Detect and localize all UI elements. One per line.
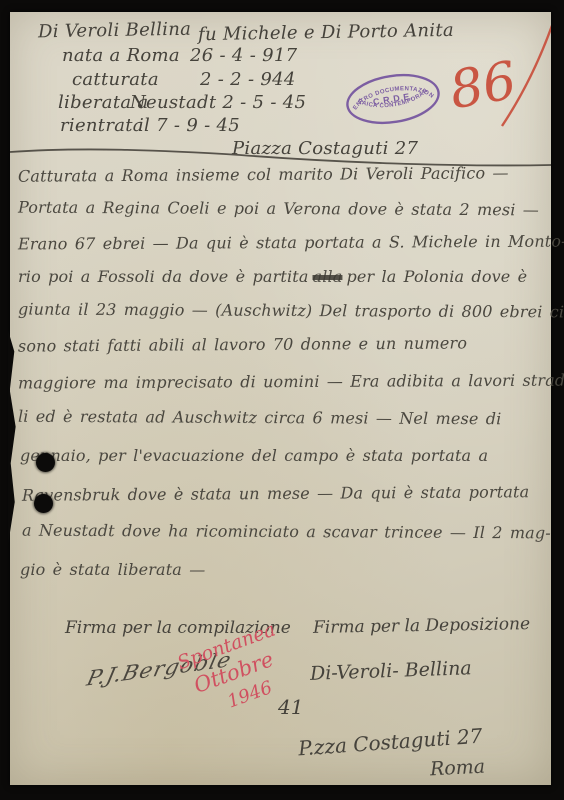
- testimony-line-9: gennaio, per l'evacuazione del campo è s…: [20, 446, 488, 465]
- liberated-value: Neustadt 2 - 5 - 45: [130, 92, 306, 113]
- returned-label: rientrata: [60, 115, 144, 136]
- hole-punch-bottom: [34, 494, 53, 513]
- city-line: Roma: [429, 756, 485, 781]
- victim-parents: fu Michele e Di Porto Anita: [198, 20, 454, 45]
- returned-value: il 7 - 9 - 45: [138, 115, 240, 136]
- testimony-line-3: Erano 67 ebrei — Da qui è stata portata …: [18, 232, 564, 254]
- case-number: 41: [278, 695, 303, 719]
- hole-punch-top: [36, 453, 55, 472]
- struck-word: alla: [313, 267, 343, 286]
- paper-sheet: Di Veroli Bellina fu Michele e Di Porto …: [10, 12, 551, 785]
- victim-name: Di Veroli Bellina: [38, 19, 192, 43]
- header-address: Piazza Costaguti 27: [232, 138, 418, 159]
- testimony-line-8: li ed è restata ad Auschwitz circa 6 mes…: [18, 407, 501, 429]
- testimony-line-11: a Neustadt dove ha ricominciato a scavar…: [22, 521, 551, 543]
- born-value: 26 - 4 - 917: [190, 45, 297, 66]
- captured-label: catturata: [72, 69, 159, 90]
- testimony-line-4: rio poi a Fossoli da dove è partitaallap…: [18, 267, 527, 286]
- line4-pre: rio poi a Fossoli da dove è partita: [18, 267, 309, 286]
- captured-value: 2 - 2 - 944: [200, 69, 296, 90]
- torn-edge: [8, 330, 17, 545]
- testimony-line-12: gio è stata liberata —: [20, 560, 205, 579]
- testimony-line-6: sono stati fatti abili al lavoro 70 donn…: [18, 333, 467, 355]
- address-line: P.zza Costaguti 27: [297, 724, 483, 761]
- testimony-line-5: giunta il 23 maggio — (Auschwitz) Del tr…: [18, 300, 564, 322]
- line4-post: per la Polonia dove è: [346, 267, 527, 286]
- testimony-line-1: Catturata a Roma insieme col marito Di V…: [18, 163, 509, 185]
- born-label: nata a Roma: [62, 45, 180, 66]
- archive-stamp: CENTRO DOCUMENTAZIONE C.R.D.E. EBRAICA C…: [339, 65, 446, 134]
- deposition-label: Firma per la Deposizione: [313, 614, 530, 638]
- deponent-signature: Di-Veroli- Bellina: [310, 657, 472, 685]
- testimony-line-2: Portata a Regina Coeli e poi a Verona do…: [18, 198, 539, 220]
- testimony-line-7: maggiore ma imprecisato di uomini — Era …: [18, 371, 564, 393]
- testimony-line-10: Ravensbruk dove è stata un mese — Da qui…: [22, 482, 529, 505]
- folio-number: 86: [445, 51, 521, 122]
